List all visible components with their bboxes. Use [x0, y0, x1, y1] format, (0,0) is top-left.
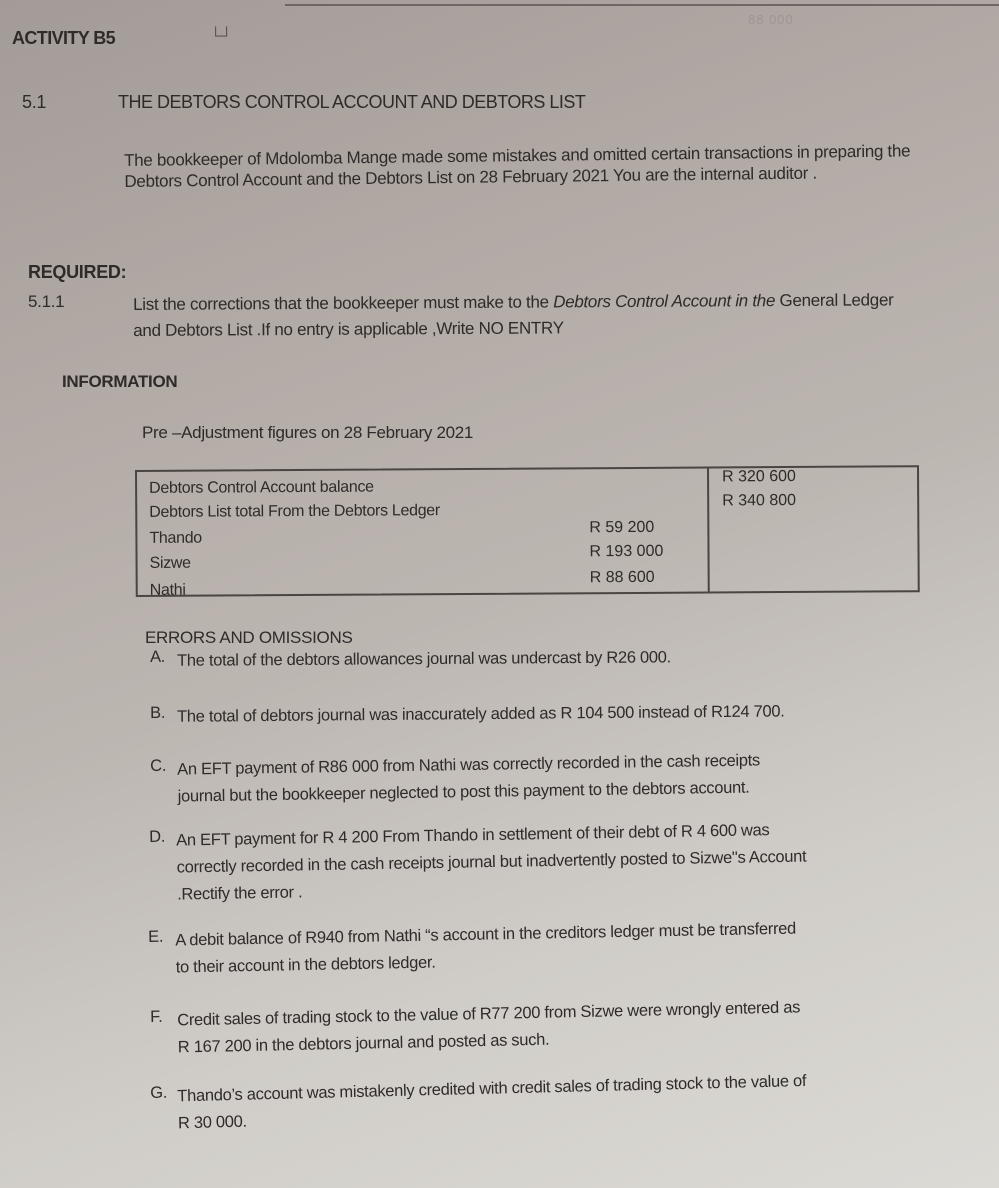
scribble-mark: └┘ [210, 28, 232, 46]
errors-heading: ERRORS AND OMISSIONS [145, 628, 352, 648]
error-text: A debit balance of R940 from Nathi “s ac… [175, 916, 797, 982]
information-heading: INFORMATION [62, 372, 177, 392]
intro-paragraph: The bookkeeper of Mdolomba Mange made so… [124, 140, 944, 192]
error-text: The total of debtors journal was inaccur… [177, 698, 785, 730]
table-row-label: Sizwe [150, 555, 191, 573]
error-text: Credit sales of trading stock to the val… [177, 994, 801, 1061]
section-title: THE DEBTORS CONTROL ACCOUNT AND DEBTORS … [118, 92, 585, 113]
error-letter: E. [148, 928, 163, 947]
faint-handwritten-mark: 88 000 [748, 12, 794, 27]
question-text: List the corrections that the bookkeeper… [133, 287, 913, 344]
question-text-pre: List the corrections that the bookkeeper… [133, 292, 553, 314]
error-text: An EFT payment for R 4 200 From Thando i… [176, 817, 807, 909]
error-text: The total of the debtors allowances jour… [177, 644, 671, 674]
error-letter: G. [150, 1084, 167, 1103]
error-text-line: The total of the debtors allowances jour… [177, 644, 671, 674]
table-row-amount: R 59 200 [589, 519, 654, 537]
top-border-line [285, 0, 999, 6]
table-row-amount: R 88 600 [590, 569, 655, 587]
table-row-label: Nathi [150, 582, 186, 600]
table-row-total: R 340 800 [722, 492, 796, 510]
error-letter: B. [150, 704, 165, 723]
error-text: Thando’s account was mistakenly credited… [177, 1068, 807, 1137]
table-row-label: Debtors List total From the Debtors Ledg… [149, 502, 440, 522]
table-row-label: Thando [149, 530, 202, 548]
error-letter: D. [149, 828, 165, 847]
question-number: 5.1.1 [28, 292, 64, 312]
error-text-line: The total of debtors journal was inaccur… [177, 698, 785, 730]
pre-adjustment-table: Debtors Control Account balanceR 320 600… [135, 465, 920, 597]
document-page: 88 000 ACTIVITY B5 └┘ 5.1 THE DEBTORS CO… [0, 0, 999, 1188]
pre-adjustment-subheading: Pre –Adjustment figures on 28 February 2… [142, 423, 473, 443]
required-heading: REQUIRED: [28, 262, 126, 283]
table-row-total: R 320 600 [722, 468, 796, 486]
error-letter: A. [150, 648, 165, 667]
section-number: 5.1 [22, 92, 46, 113]
error-letter: C. [150, 757, 166, 776]
question-text-italic: Debtors Control Account in the [553, 291, 775, 311]
error-letter: F. [150, 1008, 163, 1027]
table-column-divider [707, 468, 710, 591]
table-row-label: Debtors Control Account balance [149, 479, 374, 498]
error-text: An EFT payment of R86 000 from Nathi was… [177, 747, 761, 810]
table-row-amount: R 193 000 [589, 543, 663, 561]
activity-title: ACTIVITY B5 [12, 28, 115, 49]
